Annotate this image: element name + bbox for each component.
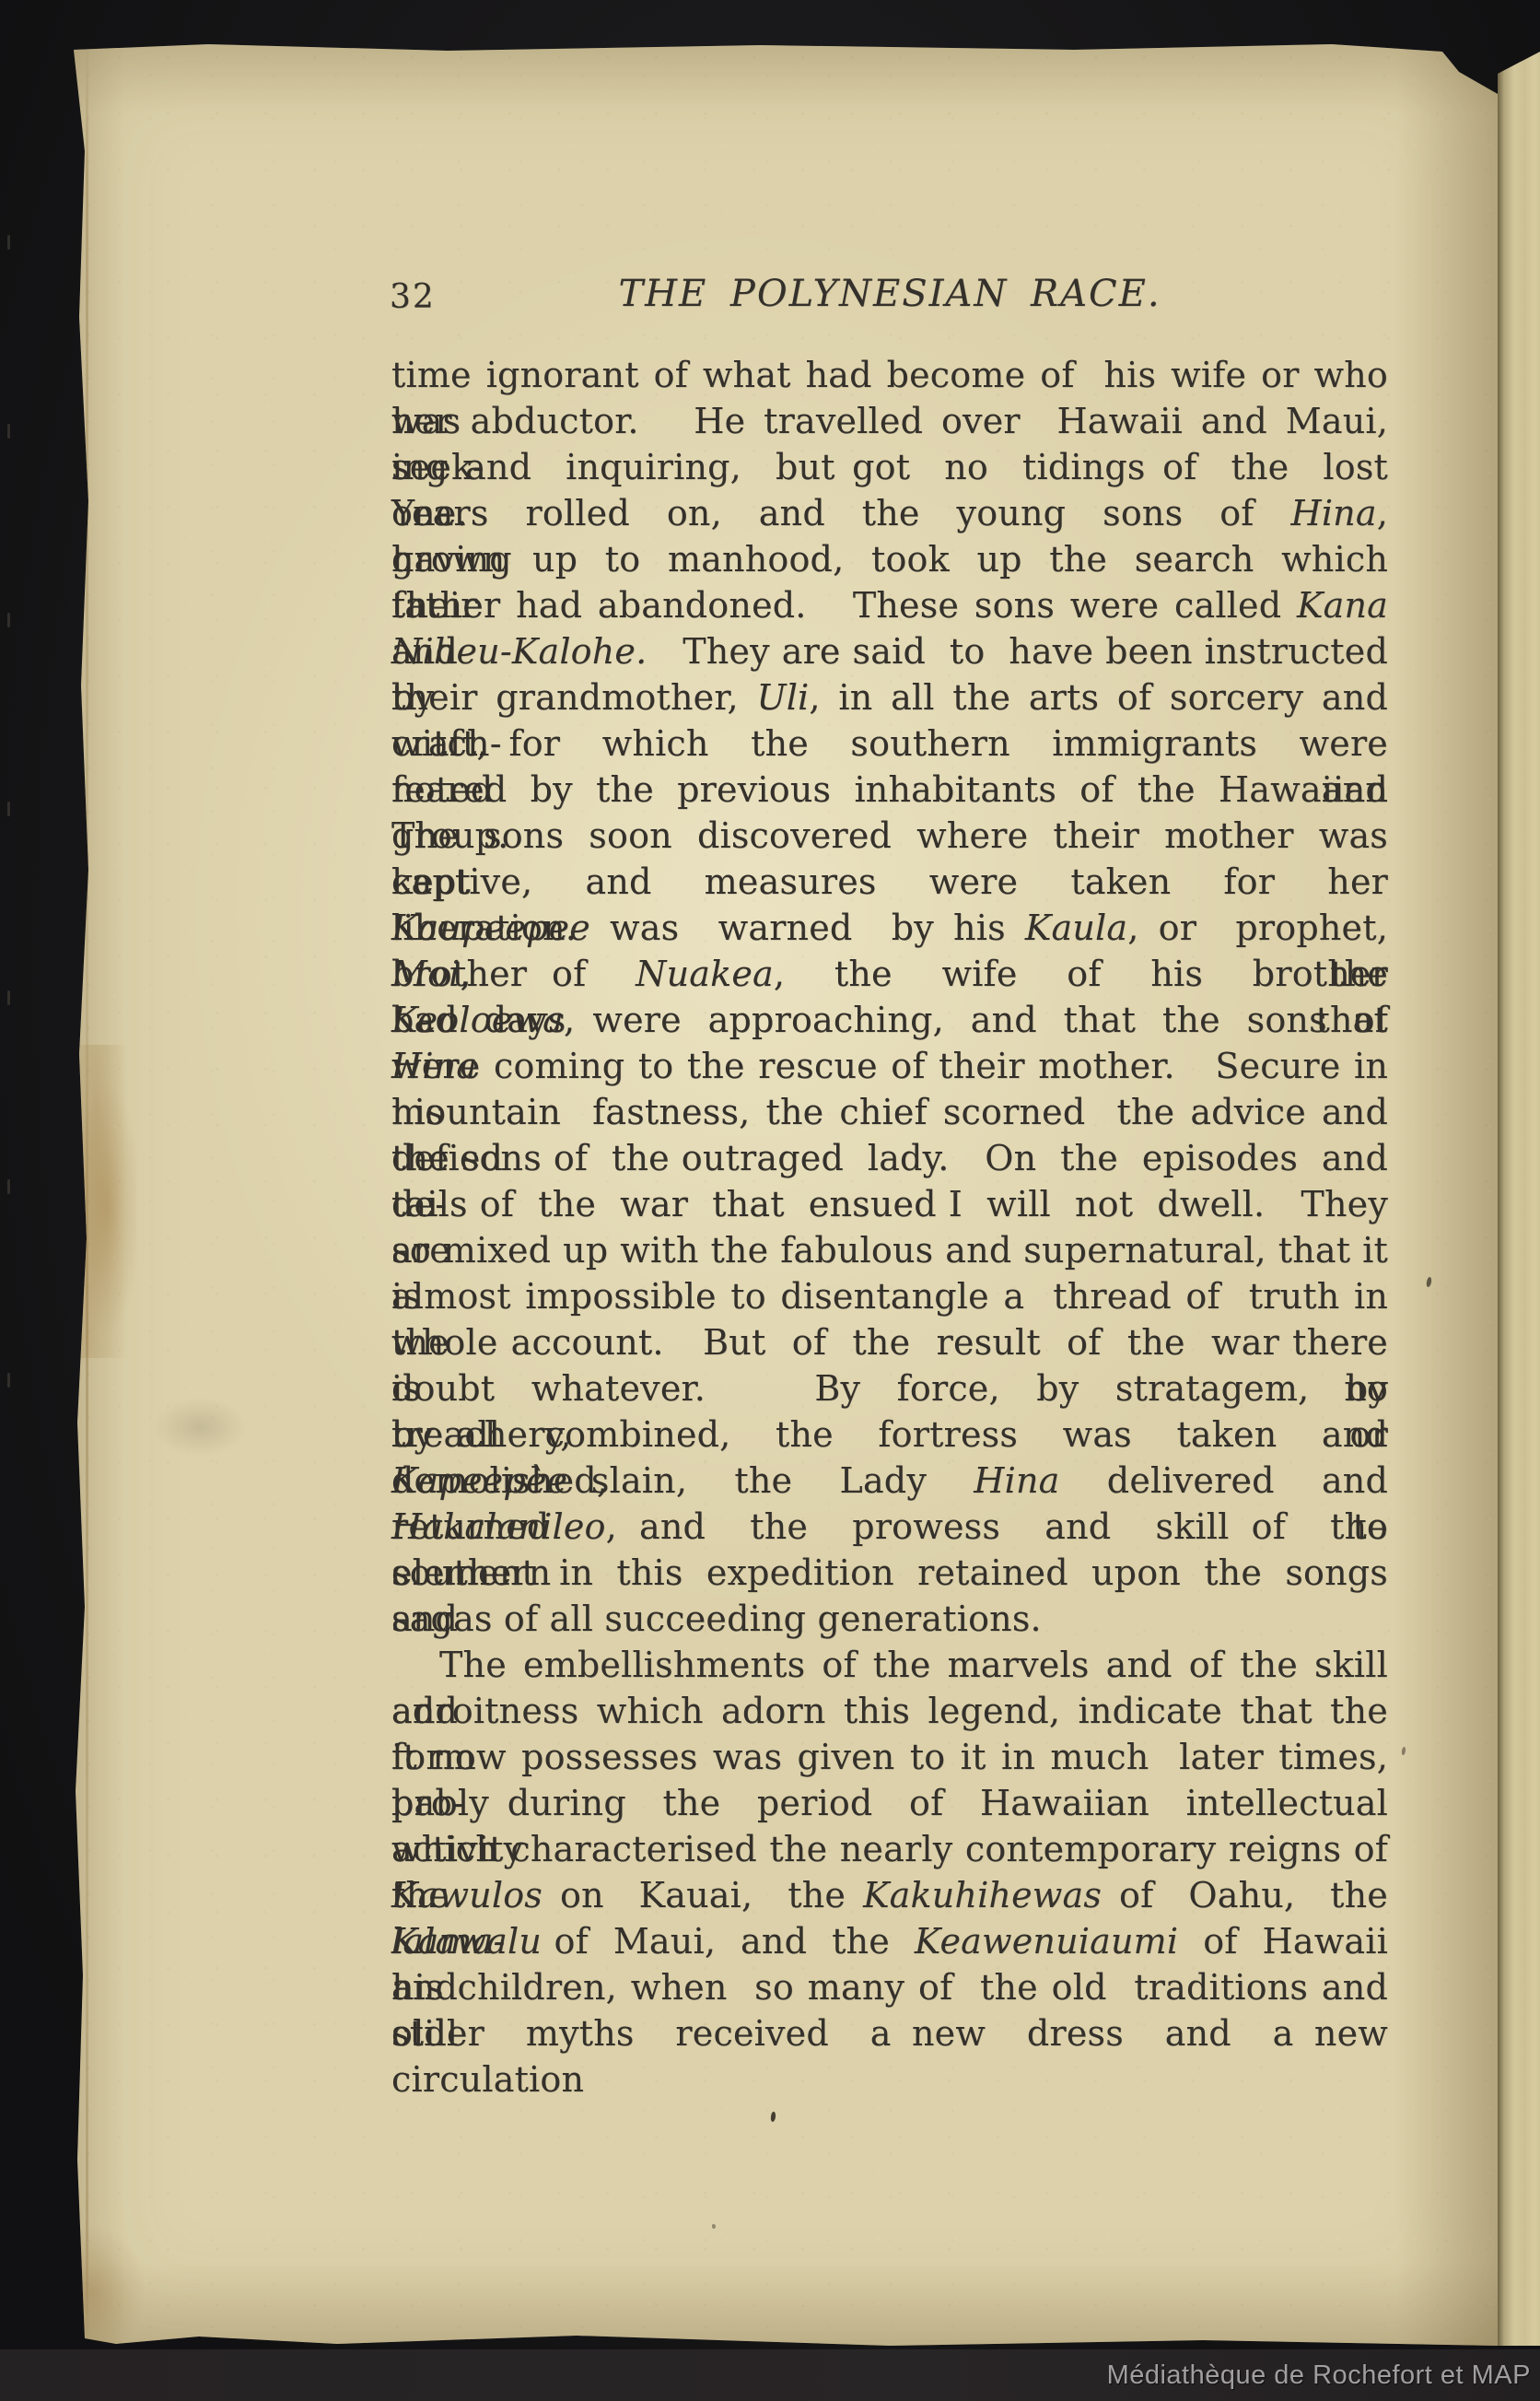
adjacent-page-edge <box>1498 52 1540 2346</box>
running-head: 32 THE POLYNESIAN RACE. <box>391 271 1388 326</box>
scanned-book-photo: 32 THE POLYNESIAN RACE. time ignorant of… <box>0 0 1540 2401</box>
ink-speck <box>1401 1747 1406 1756</box>
text-line: The sons soon discovered where their mot… <box>391 813 1388 859</box>
text-line: father had abandoned. These sons were ca… <box>391 582 1388 628</box>
body-text: time ignorant of what had become of his … <box>391 352 1388 2056</box>
text-line: mountain fastness, the chief scorned the… <box>391 1089 1388 1135</box>
text-line: brother of Nuakea, the wife of his broth… <box>391 951 1388 997</box>
text-line: The embellishments of the marvels and of… <box>391 1642 1388 1688</box>
text-line: Hakalanileo, and the prowess and skill o… <box>391 1504 1388 1550</box>
paper-stain <box>64 1045 136 1358</box>
page-edge-tick <box>7 613 10 627</box>
text-line: craft, for which the southern immigrants… <box>391 720 1388 767</box>
watermark-bar: Médiathèque de Rochefort et MAP <box>0 2349 1540 2401</box>
running-title: THE POLYNESIAN RACE. <box>391 273 1388 315</box>
page-edge-tick <box>7 235 10 250</box>
text-line: element in this expedition retained upon… <box>391 1550 1388 1596</box>
text-line: bad days were approaching, and that the … <box>391 997 1388 1043</box>
text-line: Kapeepèe slain, the Lady Hina delivered … <box>391 1458 1388 1504</box>
text-line: Kawulos on Kauai, the Kakuhihewas of Oah… <box>391 1872 1388 1918</box>
text-line: were coming to the rescue of their mothe… <box>391 1043 1388 1089</box>
text-line: their grandmother, Uli, in all the arts … <box>391 674 1388 720</box>
text-line: the sons of the outraged lady. On the ep… <box>391 1135 1388 1181</box>
book-page: 32 THE POLYNESIAN RACE. time ignorant of… <box>61 41 1498 2346</box>
text-line: feared by the previous inhabitants of th… <box>391 767 1388 813</box>
text-line: grown up to manhood, took up the search … <box>391 536 1388 582</box>
text-line: almost impossible to disentangle a threa… <box>391 1273 1388 1319</box>
text-line: Niheu-Kalohe. They are said to have been… <box>391 628 1388 674</box>
page-edge-tick <box>7 1373 10 1388</box>
page-edge-tick <box>7 990 10 1005</box>
text-line: time ignorant of what had become of his … <box>391 352 1388 398</box>
page-edge-tick <box>7 802 10 816</box>
text-line: which characterised the nearly contempor… <box>391 1826 1388 1872</box>
ink-speck <box>1426 1277 1432 1288</box>
text-line: ing and inquiring, but got no tidings of… <box>391 444 1388 490</box>
paper-stain <box>149 1395 251 1459</box>
text-line: his children, when so many of the old tr… <box>391 1964 1388 2010</box>
page-edge-tick <box>7 1179 10 1194</box>
page-crease <box>86 41 88 2346</box>
ink-speck <box>770 2112 776 2123</box>
text-line: sagas of all succeeding generations. <box>391 1596 1388 1642</box>
text-line: lalawalu of Maui, and the Keawenuiaumi o… <box>391 1918 1388 1964</box>
text-line: bably during the period of Hawaiian inte… <box>391 1780 1388 1826</box>
text-line: by all combined, the fortress was taken … <box>391 1411 1388 1458</box>
text-line: older myths received a new dress and a n… <box>391 2010 1388 2056</box>
text-line: her abductor. He travelled over Hawaii a… <box>391 398 1388 444</box>
watermark-text: Médiathèque de Rochefort et MAP <box>1107 2360 1540 2391</box>
text-line: so mixed up with the fabulous and supern… <box>391 1227 1388 1273</box>
text-line: whole account. But of the result of the … <box>391 1319 1388 1365</box>
text-line: adroitness which adorn this legend, indi… <box>391 1688 1388 1734</box>
text-line: it now possesses was given to it in much… <box>391 1734 1388 1780</box>
text-line: doubt whatever. By force, by stratagem, … <box>391 1365 1388 1411</box>
ink-speck <box>712 2224 716 2229</box>
text-line: tails of the war that ensued I will not … <box>391 1181 1388 1227</box>
page-edge-tick <box>7 424 10 439</box>
text-line: Kaupeepee was warned by his Kaula, or pr… <box>391 905 1388 951</box>
text-line: captive, and measures were taken for her… <box>391 859 1388 905</box>
paper-stain <box>61 2215 153 2344</box>
text-line: Years rolled on, and the young sons of H… <box>391 490 1388 536</box>
